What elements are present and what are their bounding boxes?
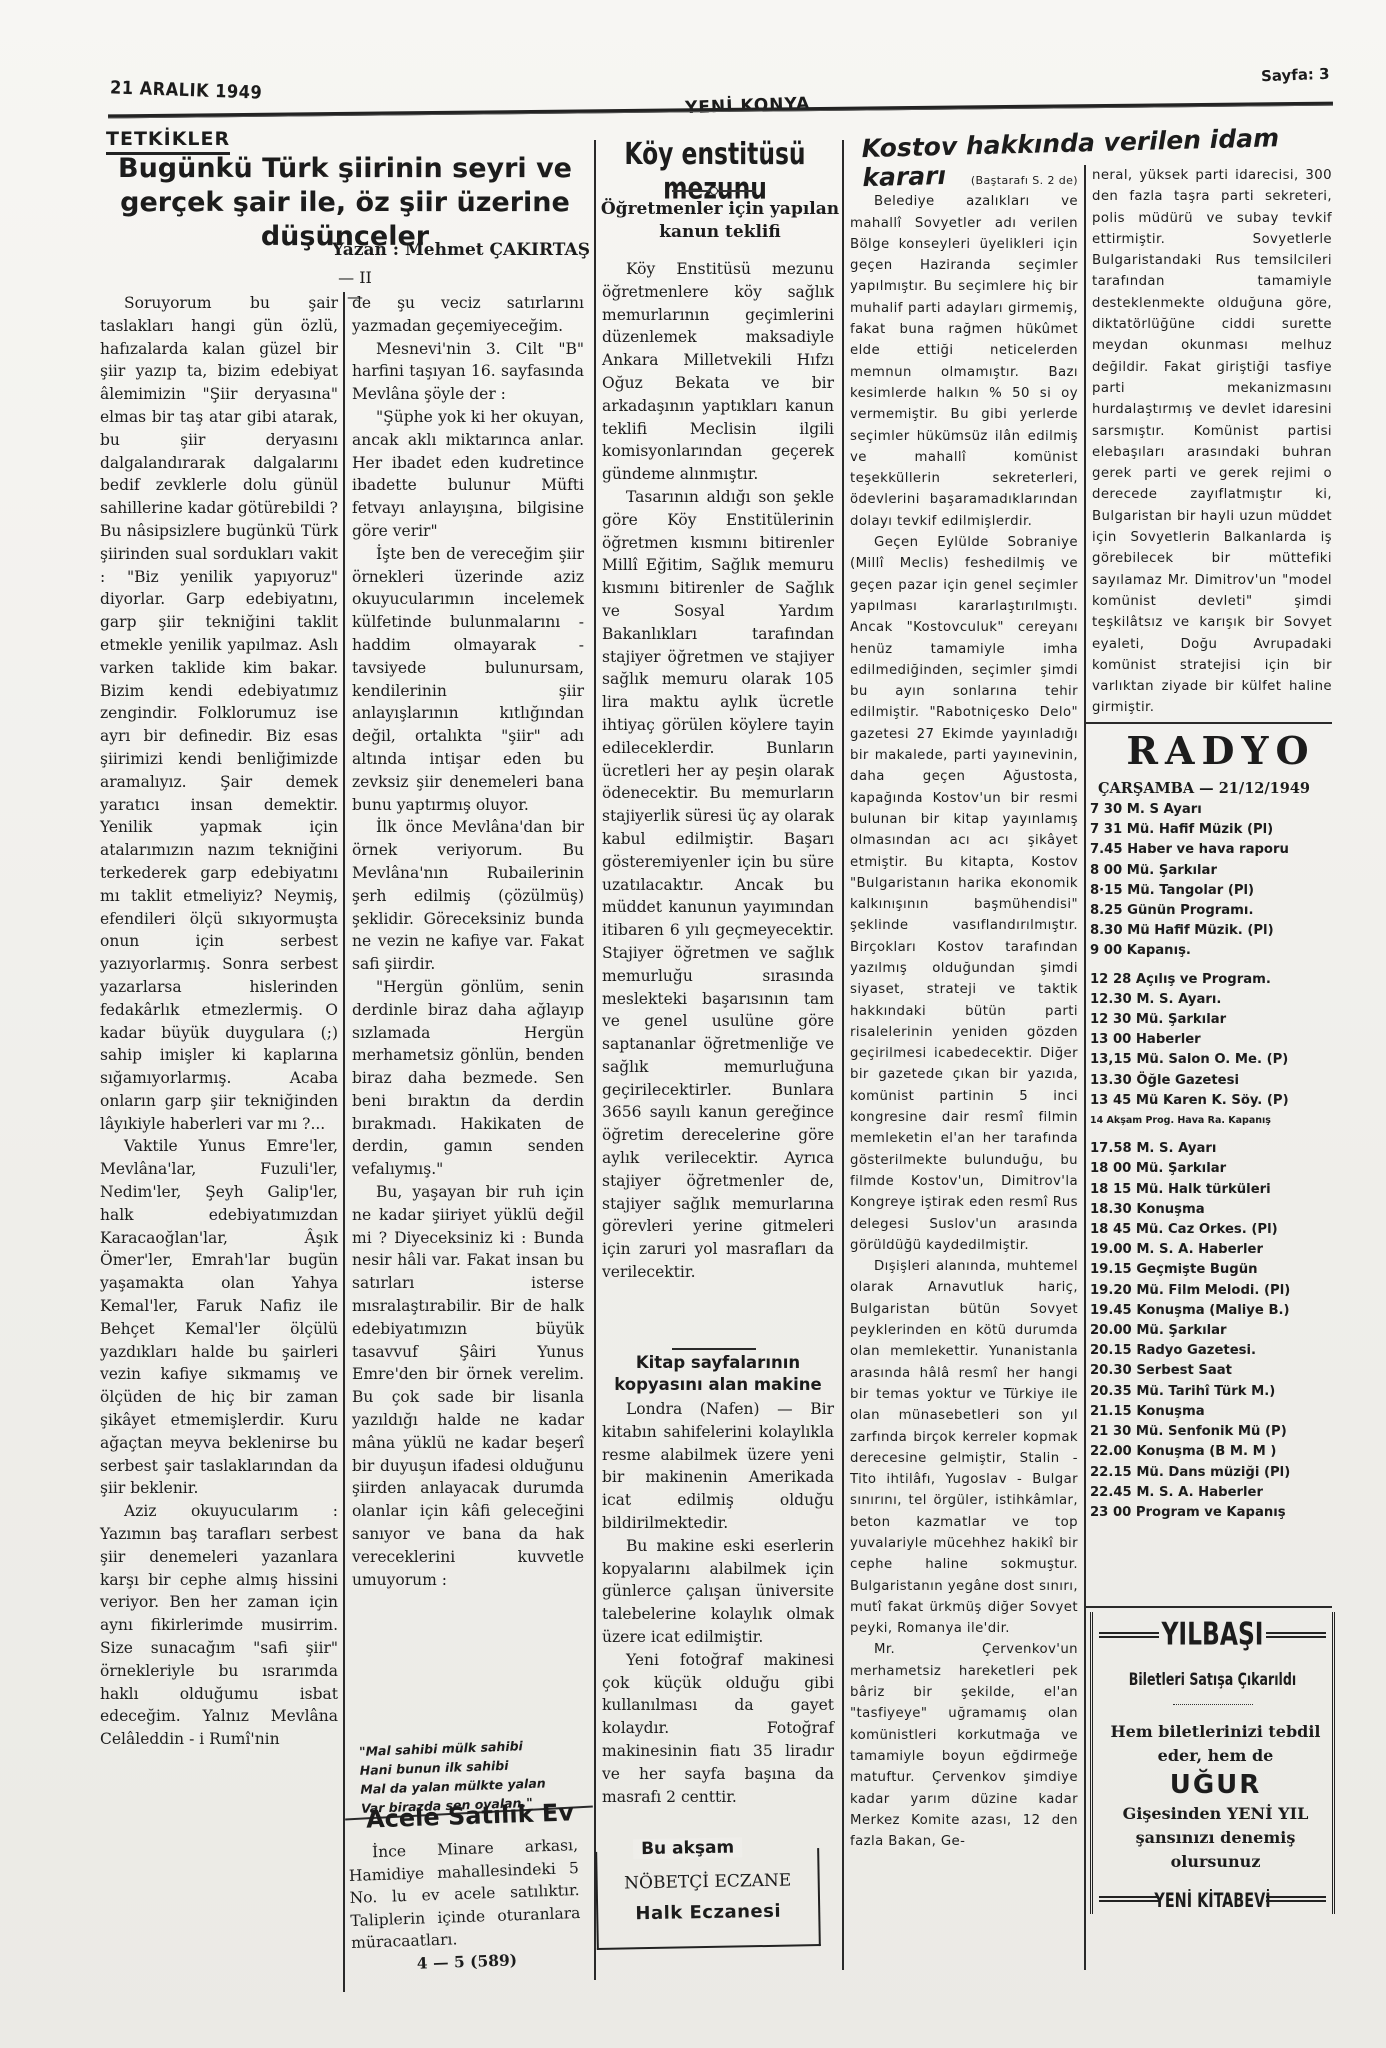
paragraph: Vaktile Yunus Emre'ler, Mevlâna'lar, Fuz…: [100, 1135, 338, 1500]
radio-row: 20.00 Mü. Şarkılar: [1090, 1321, 1340, 1341]
radio-row: 9 00 Kapanış.: [1090, 941, 1340, 961]
radio-row: 8.30 Mü Hafif Müzik. (Pl): [1090, 921, 1340, 941]
column-divider: [842, 140, 844, 1970]
radio-row: 7.45 Haber ve hava raporu: [1090, 840, 1340, 860]
newspaper-page: 21 ARALIK 1949 YENİ KONYA Sayfa: 3 TETKİ…: [0, 0, 1386, 2048]
poetry-column-2: de şu veciz satırlarını yazmadan geçemiy…: [352, 292, 584, 1591]
acele-ad-text: İnce Minare arkası, Hamidiye mahallesind…: [348, 1834, 582, 1954]
page-number: Sayfa: 3: [1261, 65, 1330, 85]
radio-title: RADYO: [1106, 728, 1336, 773]
paragraph: Mr. Çervenkov'un merhametsiz hareketleri…: [850, 1639, 1078, 1852]
paragraph: "Şüphe yok ki her okuyan, ancak aklı mik…: [352, 406, 584, 543]
pharmacy-label: NÖBETÇİ ECZANE: [598, 1870, 818, 1894]
radio-row: 22.45 M. S. A. Haberler: [1090, 1483, 1340, 1503]
radio-row: 13 45 Mü Karen K. Söy. (P): [1090, 1091, 1340, 1111]
paragraph: Bu, yaşayan bir ruh için ne kadar şiiriy…: [352, 1181, 584, 1591]
paragraph: Bu makine eski eserlerin kopyalarını ala…: [602, 1535, 834, 1649]
yilbasi-body: Hem biletlerinizi tebdil eder, hem de UĞ…: [1103, 1720, 1328, 1874]
paragraph: Köy Enstitüsü mezunu öğretmenlere köy sa…: [602, 258, 834, 486]
paragraph: Yeni fotoğraf makinesi çok küçük olduğu …: [602, 1649, 834, 1809]
paragraph: Tasarının aldığı son şekle göre Köy Enst…: [602, 486, 834, 1284]
yilbasi-line1: Hem biletlerinizi tebdil eder, hem de: [1110, 1722, 1320, 1765]
paragraph: Mesnevi'nin 3. Cilt "B" harfini taşıyan …: [352, 338, 584, 406]
radio-row: 13,15 Mü. Salon O. Me. (P): [1090, 1050, 1340, 1070]
radio-row: 7 30 M. S Ayarı: [1090, 800, 1340, 820]
radio-row: 18 45 Mü. Caz Orkes. (Pl): [1090, 1220, 1340, 1240]
radio-row: 22.15 Mü. Dans müziği (Pl): [1090, 1463, 1340, 1483]
section-divider: [1086, 1606, 1332, 1608]
radio-row: 8 00 Mü. Şarkılar: [1090, 861, 1340, 881]
radio-row: 12.30 M. S. Ayarı.: [1090, 990, 1340, 1010]
paragraph: Geçen Eylülde Sobraniye (Millî Meclis) f…: [850, 532, 1078, 1256]
yilbasi-footer: YENİ KİTABEVİ: [1093, 1889, 1332, 1912]
issue-date: 21 ARALIK 1949: [110, 77, 263, 103]
koy-headline: Köy enstitüsü mezunu: [600, 138, 830, 207]
section-kicker: TETKİKLER: [106, 128, 230, 155]
ugur-brand: UĞUR: [1103, 1768, 1328, 1802]
kitap-column: Londra (Nafen) — Bir kitabın sahifelerin…: [602, 1398, 834, 1808]
pharmacy-tonight: Bu akşam: [633, 1837, 742, 1859]
radio-row: 19.20 Mü. Film Melodi. (Pl): [1090, 1281, 1340, 1301]
paragraph: Aziz okuyucularım : Yazımın baş taraflar…: [100, 1500, 338, 1751]
radio-row: 23 00 Program ve Kapanış: [1090, 1503, 1340, 1523]
column-divider: [343, 292, 345, 1992]
section-divider: [672, 1348, 756, 1350]
radio-row: 12 28 Açılış ve Program.: [1090, 970, 1340, 990]
yilbasi-line2: Gişesinden YENİ YIL şansınızı denemiş ol…: [1123, 1804, 1309, 1871]
radio-row: 7 31 Mü. Hafif Müzik (Pl): [1090, 820, 1340, 840]
radio-row: 18 15 Mü. Halk türküleri: [1090, 1180, 1340, 1200]
newspaper-name: YENİ KONYA: [685, 94, 811, 118]
yilbasi-subtitle: Biletleri Satışa Çıkarıldı: [1093, 1670, 1332, 1689]
paragraph: Londra (Nafen) — Bir kitabın sahifelerin…: [602, 1398, 834, 1535]
paragraph: Soruyorum bu şair taslakları hangi gün ö…: [100, 292, 338, 1135]
paragraph: "Hergün gönlüm, senin derdinle biraz dah…: [352, 976, 584, 1181]
radio-row: 14 Akşam Prog. Hava Ra. Kapanış: [1090, 1111, 1340, 1131]
radio-row: 22.00 Konuşma (B M. M ): [1090, 1442, 1340, 1462]
radio-row: 13 00 Haberler: [1090, 1030, 1340, 1050]
yilbasi-title: YILBAŞI: [1093, 1617, 1332, 1653]
paragraph: İşte ben de vereceğim şiir örnekleri üze…: [352, 543, 584, 817]
radio-row: 20.15 Radyo Gazetesi.: [1090, 1341, 1340, 1361]
radio-row: 13.30 Öğle Gazetesi: [1090, 1071, 1340, 1091]
radio-row: 8.25 Günün Programı.: [1090, 901, 1340, 921]
radio-row: 21 30 Mü. Senfonik Mü (P): [1090, 1422, 1340, 1442]
radio-row: 21.15 Konuşma: [1090, 1402, 1340, 1422]
acele-ad-body: İnce Minare arkası, Hamidiye mahallesind…: [348, 1834, 583, 1977]
paragraph: neral, yüksek parti idarecisi, 300 den f…: [1092, 165, 1332, 719]
column-divider: [594, 140, 596, 1980]
poetry-byline: Yazan : Mehmet ÇAKIRTAŞ: [300, 240, 590, 260]
pharmacy-name: Halk Eczanesi: [598, 1900, 818, 1925]
paragraph: Belediye azalıkları ve mahallî Sovyetler…: [850, 191, 1078, 532]
radio-row: 12 30 Mü. Şarkılar: [1090, 1010, 1340, 1030]
radio-row: 19.15 Geçmişte Bugün: [1090, 1260, 1340, 1280]
radio-row: 17.58 M. S. Ayarı: [1090, 1139, 1340, 1159]
paragraph: İlk önce Mevlâna'dan bir örnek veriyorum…: [352, 816, 584, 976]
radio-row: 20.30 Serbest Saat: [1090, 1361, 1340, 1381]
yilbasi-ad: YILBAŞI Biletleri Satışa Çıkarıldı Hem b…: [1090, 1612, 1335, 1914]
section-divider: [1086, 722, 1332, 724]
masthead: 21 ARALIK 1949 YENİ KONYA Sayfa: 3: [100, 60, 1330, 130]
poetry-column-1: Soruyorum bu şair taslakları hangi gün ö…: [100, 292, 338, 1751]
paragraph: de şu veciz satırlarını yazmadan geçemiy…: [352, 292, 584, 338]
radio-date: ÇARŞAMBA — 21/12/1949: [1098, 780, 1310, 797]
kitap-headline: Kitap sayfalarının kopyasını alan makine: [598, 1352, 838, 1396]
koy-subheadline: Öğretmenler için yapılan kanun teklifi: [600, 198, 840, 244]
poetry-headline: Bugünkü Türk şiirinin seyri ve gerçek şa…: [100, 152, 590, 254]
column-divider: [1084, 165, 1086, 1970]
koy-column: Köy Enstitüsü mezunu öğretmenlere köy sa…: [602, 258, 834, 1284]
radio-row: 18 00 Mü. Şarkılar: [1090, 1159, 1340, 1179]
pharmacy-box: Bu akşam NÖBETÇİ ECZANE Halk Eczanesi: [595, 1848, 821, 1950]
wavy-divider: [1173, 1704, 1253, 1708]
kostov-column-2: neral, yüksek parti idarecisi, 300 den f…: [1092, 165, 1332, 719]
headline-ornament: [672, 190, 756, 192]
radio-row: 8·15 Mü. Tangolar (Pl): [1090, 881, 1340, 901]
radio-row: 19.00 M. S. A. Haberler: [1090, 1240, 1340, 1260]
radio-row: 19.45 Konuşma (Maliye B.): [1090, 1301, 1340, 1321]
radio-row: 20.35 Mü. Tarihî Türk M.): [1090, 1382, 1340, 1402]
kostov-column-1: (Baştarafı S. 2 de) Belediye azalıkları …: [850, 170, 1078, 1852]
radio-row: 18.30 Konuşma: [1090, 1200, 1340, 1220]
continued-note: (Baştarafı S. 2 de): [850, 170, 1078, 191]
paragraph: Dışişleri alanında, muhtemel olarak Arna…: [850, 1256, 1078, 1639]
radio-schedule: 7 30 M. S Ayarı 7 31 Mü. Hafif Müzik (Pl…: [1090, 800, 1340, 1523]
